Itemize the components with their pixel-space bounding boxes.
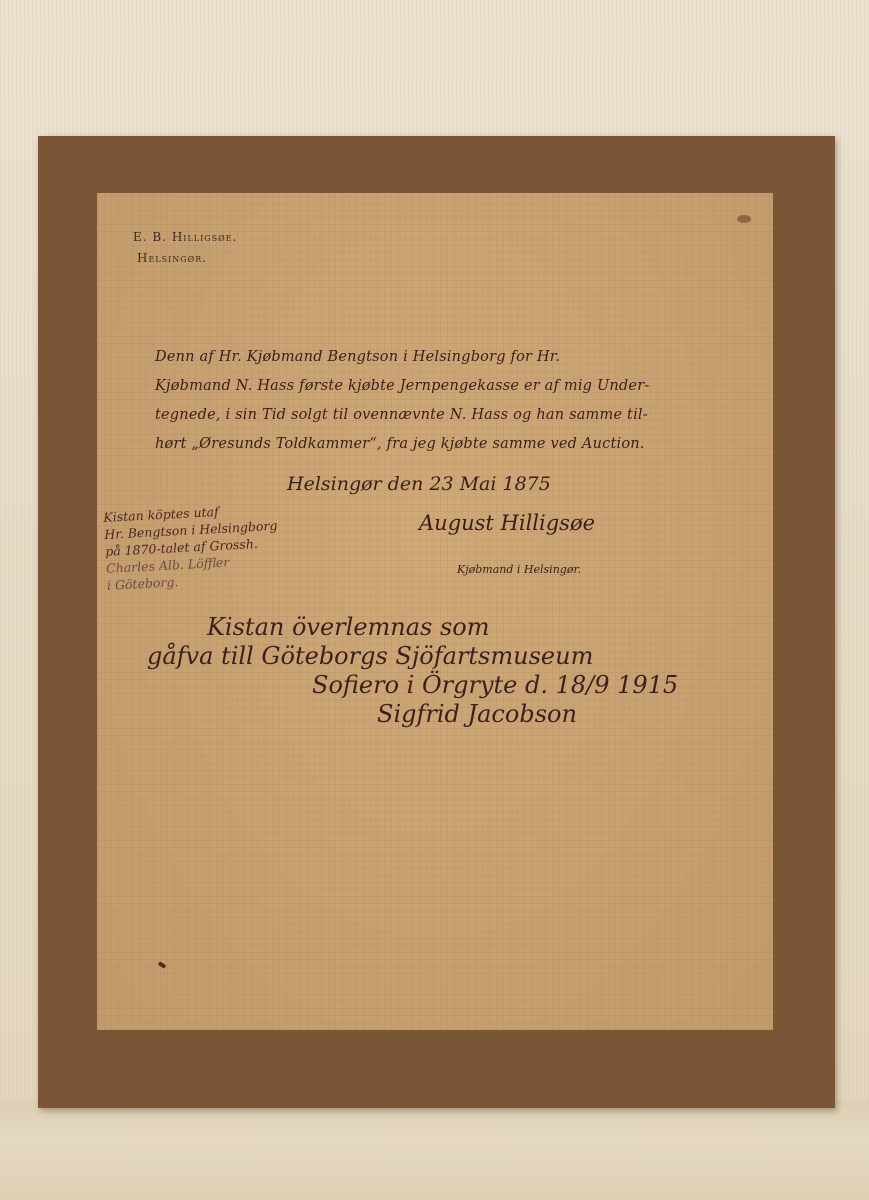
inscription-signature: Sigfrid Jacobson (147, 700, 777, 729)
inscription-line: gåfva till Göteborgs Sjöfartsmuseum (147, 642, 777, 671)
body-line: Denn af Hr. Kjøbmand Bengtson i Helsingb… (155, 343, 767, 372)
place-date: Helsingør den 23 Mai 1875 (287, 473, 551, 495)
letterhead: E. B. Hilligsøe. Helsingør. (133, 227, 237, 269)
signature-title: Kjøbmand i Helsingør. (457, 563, 581, 576)
margin-note: Kistan köptes utaf Hr. Bengtson i Helsin… (103, 496, 347, 593)
paper-mark (158, 961, 167, 969)
paper-stain (737, 215, 751, 223)
inscription-line: Sofiero i Örgryte d. 18/9 1915 (147, 671, 777, 700)
letter-body: Denn af Hr. Kjøbmand Bengtson i Helsingb… (155, 343, 767, 459)
signature: August Hilligsøe (419, 511, 595, 535)
body-line: tegnede, i sin Tid solgt til ovennævnte … (155, 401, 767, 430)
body-line: Kjøbmand N. Hass første kjøbte Jernpenge… (155, 372, 767, 401)
mount-board: E. B. Hilligsøe. Helsingør. Denn af Hr. … (38, 136, 835, 1108)
document-paper: E. B. Hilligsøe. Helsingør. Denn af Hr. … (97, 193, 773, 1030)
donation-inscription: Kistan överlemnas som gåfva till Götebor… (147, 613, 777, 729)
table-surface (0, 1100, 869, 1200)
body-line: hørt „Øresunds Toldkammer“, fra jeg kjøb… (155, 430, 767, 459)
letterhead-name: E. B. Hilligsøe. (133, 227, 237, 248)
inscription-line: Kistan överlemnas som (147, 613, 777, 642)
letterhead-city: Helsingør. (133, 248, 237, 269)
